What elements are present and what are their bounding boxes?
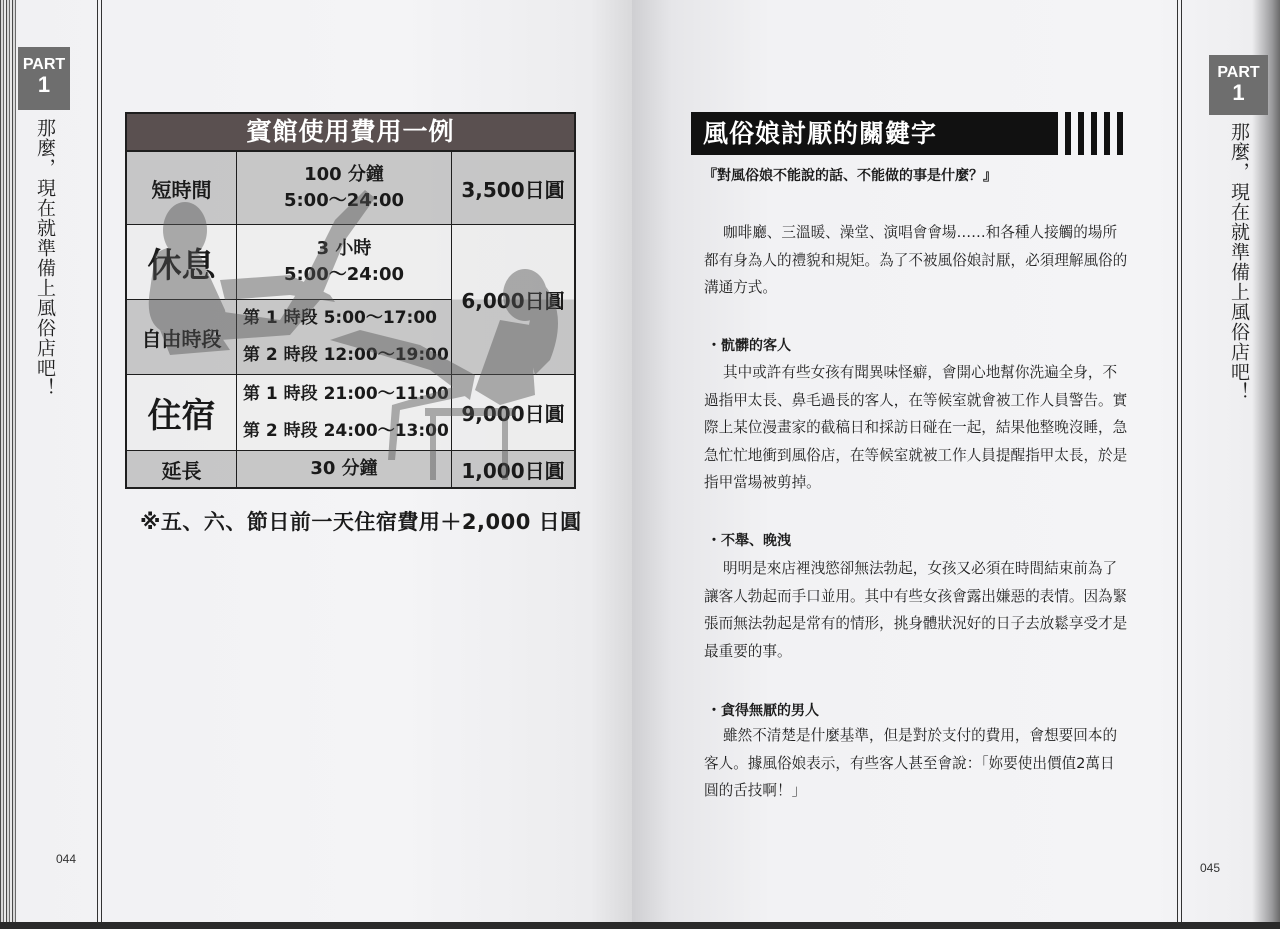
price-text: 9,000日圓 — [461, 398, 564, 427]
time-text: 30 分鐘 — [310, 456, 377, 482]
table-cell-price-merged: 6,000日圓 — [452, 225, 574, 375]
price-text: 1,000日圓 — [461, 455, 564, 484]
time-text: 5:00～24:00 — [284, 262, 404, 288]
time-text: 3 小時 — [317, 236, 372, 262]
part-badge-left: PART 1 — [18, 47, 70, 110]
time-text: 第 2 時段 24:00～13:00 — [237, 413, 449, 450]
table-cell-price: 9,000日圓 — [452, 375, 574, 451]
subsection-body: 雖然不清楚是什麼基準，但是對於支付的費用，會想要回本的客人。據風俗娘表示，有些客… — [704, 722, 1129, 805]
category-label: 住宿 — [148, 388, 216, 437]
part-number: 1 — [1209, 82, 1268, 104]
heading-stripe-decoration — [1091, 112, 1097, 155]
category-label: 延長 — [162, 455, 202, 484]
table-footnote: ※五、六、節日前一天住宿費用＋2,000 日圓 — [140, 506, 582, 536]
page-number-left: 044 — [56, 852, 76, 866]
hotel-fee-table: 賓館使用費用一例 短時間 100 分鐘 5:00～24:00 3,500日圓 休… — [125, 112, 576, 489]
table-cell-times: 30 分鐘 — [237, 451, 452, 487]
table-grid: 短時間 100 分鐘 5:00～24:00 3,500日圓 休息 3 小時 5:… — [127, 152, 574, 487]
margin-double-rule-right — [1177, 0, 1182, 922]
table-cell-price: 3,500日圓 — [452, 152, 574, 225]
table-cell-price: 1,000日圓 — [452, 451, 574, 487]
subsection-body: 明明是來店裡洩慾卻無法勃起，女孩又必須在時間結束前為了讓客人勃起而手口並用。其中… — [704, 555, 1129, 665]
section-heading: 風俗娘討厭的關鍵字 — [691, 112, 1058, 155]
table-title: 賓館使用費用一例 — [127, 114, 574, 152]
heading-stripe-decoration — [1078, 112, 1084, 155]
margin-double-rule-left — [97, 0, 102, 922]
heading-stripe-decoration — [1104, 112, 1110, 155]
category-label: 休息 — [148, 238, 216, 287]
table-cell-category: 延長 — [127, 451, 237, 487]
page-stack-edges — [0, 0, 16, 922]
table-cell-times: 3 小時 5:00～24:00 — [237, 225, 452, 300]
price-text: 3,500日圓 — [461, 174, 564, 203]
subsection-title: ・不舉、晚洩 — [707, 530, 791, 550]
table-cell-times: 100 分鐘 5:00～24:00 — [237, 152, 452, 225]
part-badge-right: PART 1 — [1209, 55, 1268, 115]
part-number: 1 — [18, 74, 70, 96]
side-chapter-title-right: 那麼，現在就準備上風俗店吧！ — [1229, 122, 1248, 402]
category-label: 自由時段 — [142, 323, 222, 352]
table-cell-times: 第 1 時段 21:00～11:00 第 2 時段 24:00～13:00 — [237, 375, 452, 451]
subsection-title: ・骯髒的客人 — [707, 335, 791, 355]
part-label: PART — [18, 57, 70, 73]
time-text: 第 1 時段 5:00～17:00 — [237, 300, 437, 337]
table-cell-category: 自由時段 — [127, 300, 237, 375]
subsection-title: ・貪得無厭的男人 — [707, 700, 819, 720]
left-page: PART 1 那麼，現在就準備上風俗店吧！ 044 賓館使用費用一例 短時間 1… — [0, 0, 632, 922]
price-text: 6,000日圓 — [461, 285, 564, 314]
intro-paragraph: 咖啡廳、三溫暖、澡堂、演唱會會場……和各種人接觸的場所都有身為人的禮貌和規矩。為… — [704, 219, 1129, 302]
subsection-body: 其中或許有些女孩有聞異味怪癖，會開心地幫你洗遍全身，不過指甲太長、鼻毛過長的客人… — [704, 359, 1129, 497]
table-cell-times: 第 1 時段 5:00～17:00 第 2 時段 12:00～19:00 — [237, 300, 452, 375]
side-chapter-title-left: 那麼，現在就準備上風俗店吧！ — [35, 118, 54, 398]
part-label: PART — [1209, 65, 1268, 81]
time-text: 第 1 時段 21:00～11:00 — [237, 376, 449, 413]
time-text: 5:00～24:00 — [284, 188, 404, 214]
heading-stripe-decoration — [1117, 112, 1123, 155]
page-number-right: 045 — [1200, 861, 1220, 875]
time-text: 第 2 時段 12:00～19:00 — [237, 337, 449, 374]
heading-stripe-decoration — [1065, 112, 1071, 155]
table-cell-category: 短時間 — [127, 152, 237, 225]
section-subtitle: 『對風俗娘不能說的話、不能做的事是什麼？』 — [703, 165, 997, 185]
category-label: 短時間 — [152, 174, 212, 203]
table-cell-category: 休息 — [127, 225, 237, 300]
time-text: 100 分鐘 — [304, 162, 384, 188]
table-cell-category: 住宿 — [127, 375, 237, 451]
